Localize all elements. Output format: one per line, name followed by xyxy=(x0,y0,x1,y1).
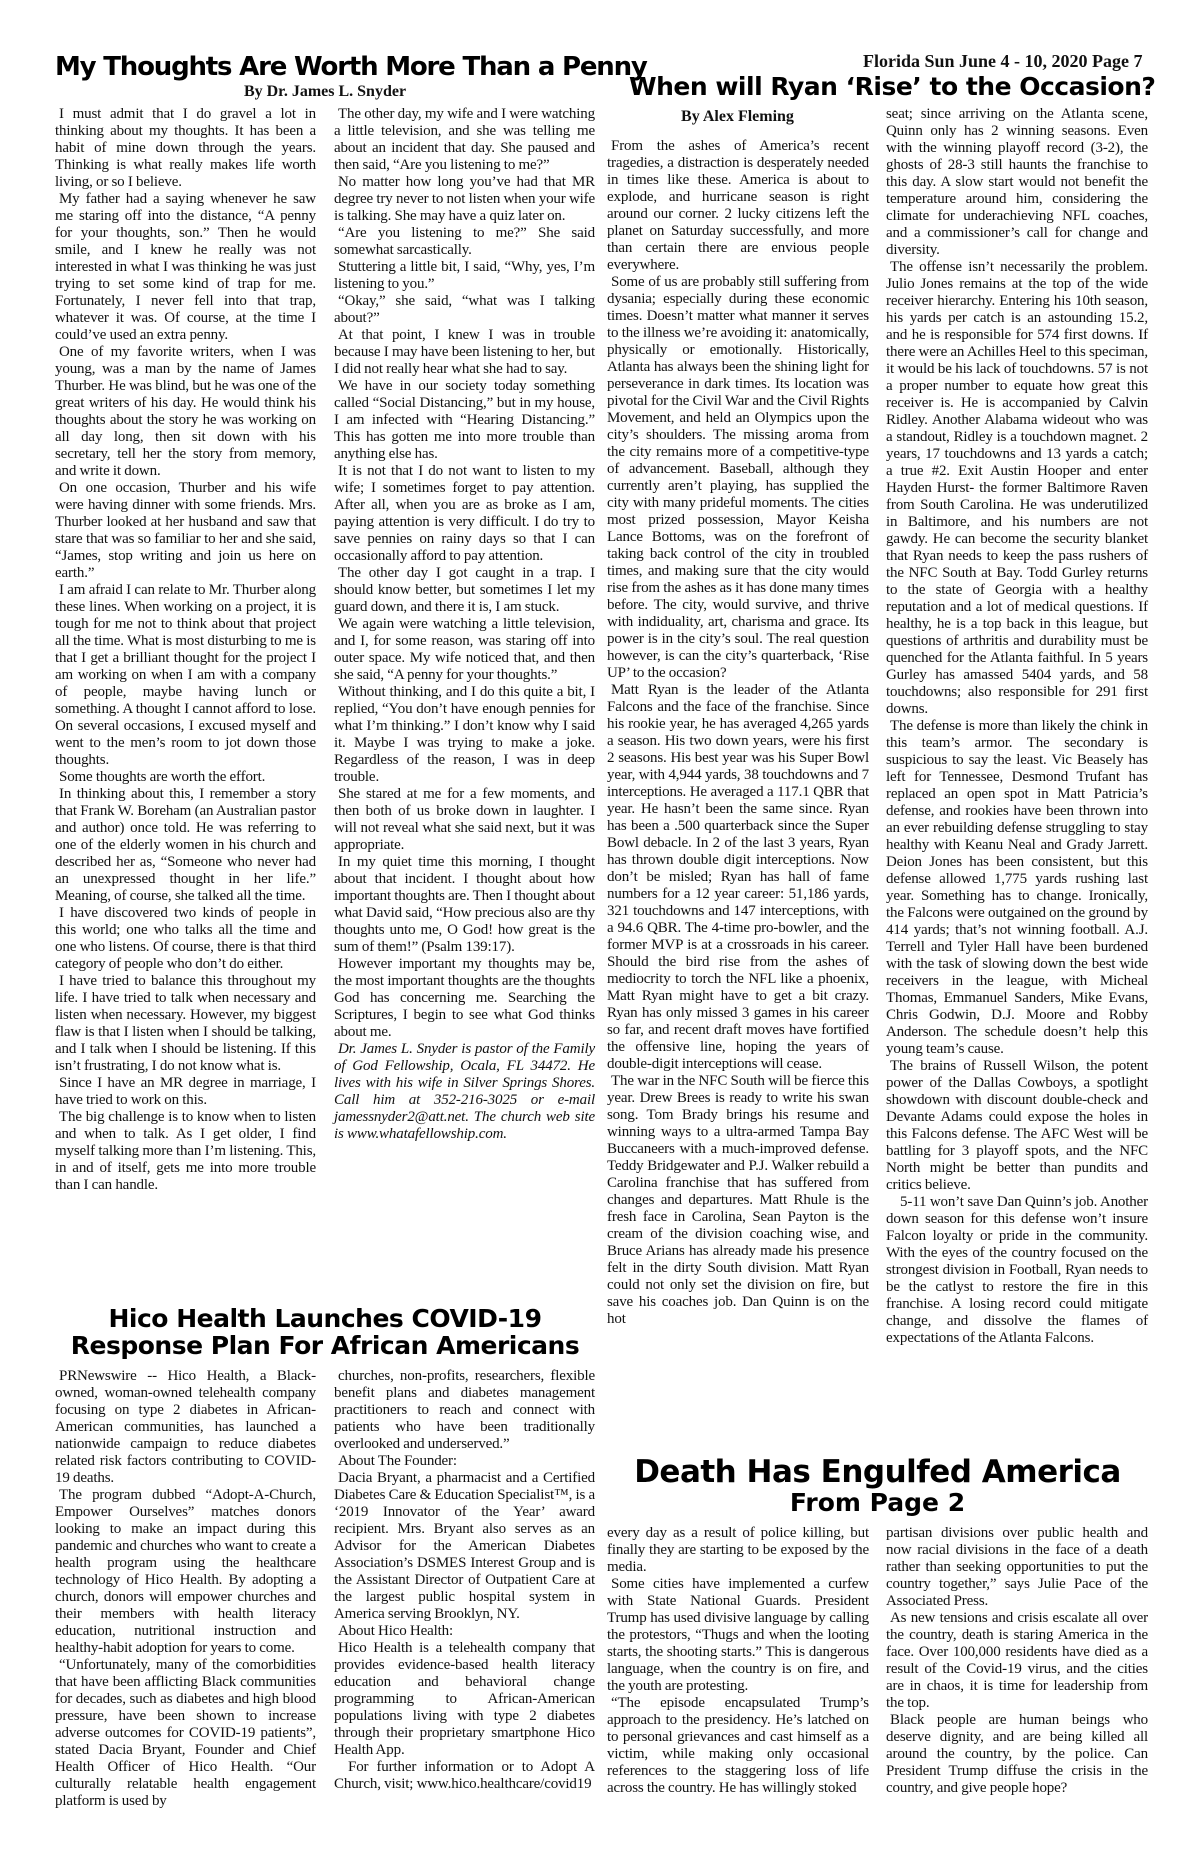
subhead-death: From Page 2 xyxy=(607,1488,1148,1518)
paragraph: For further information or to Adopt A Ch… xyxy=(334,1759,595,1793)
paragraph: However important my thoughts may be, th… xyxy=(334,956,595,1041)
paragraph: I am afraid I can relate to Mr. Thurber … xyxy=(55,582,316,769)
paragraph: We have in our society today something c… xyxy=(334,378,595,463)
paragraph: every day as a result of police killing,… xyxy=(607,1525,869,1576)
headline-hico-line-2: Response Plan For African Americans xyxy=(55,1332,595,1359)
paragraph: Hico Health is a telehealth company that… xyxy=(334,1640,595,1759)
paragraph: No matter how long you’ve had that MR de… xyxy=(334,174,595,225)
paragraph: I have tried to balance this throughout … xyxy=(55,973,316,1075)
paragraph: The other day I got caught in a trap. I … xyxy=(334,565,595,616)
paragraph: The offense isn’t necessarily the proble… xyxy=(886,259,1148,718)
headline-thoughts: My Thoughts Are Worth More Than a Penny xyxy=(55,52,595,82)
paragraph: The program dubbed “Adopt-A-Church, Empo… xyxy=(55,1487,316,1657)
paragraph: One of my favorite writers, when I was y… xyxy=(55,344,316,480)
paragraph: “Okay,” she said, “what was I talking ab… xyxy=(334,293,595,327)
headline-ryan: When will Ryan ‘Rise’ to the Occasion? xyxy=(607,72,1148,101)
ryan-column-2: seat; since arriving on the Atlanta scen… xyxy=(886,106,1148,1347)
author-bio: Dr. James L. Snyder is pastor of the Fam… xyxy=(334,1041,595,1143)
paragraph: “Unfortunately, many of the comorbiditie… xyxy=(55,1657,316,1810)
paragraph: Stuttering a little bit, I said, “Why, y… xyxy=(334,259,595,293)
paragraph: From the ashes of America’s recent trage… xyxy=(607,138,869,274)
paragraph: Matt Ryan is the leader of the Atlanta F… xyxy=(607,682,869,1073)
headline-hico-line-1: Hico Health Launches COVID-19 xyxy=(55,1305,595,1332)
paragraph: My father had a saying whenever he saw m… xyxy=(55,191,316,344)
paragraph: The other day, my wife and I were watchi… xyxy=(334,106,595,174)
paragraph: The brains of Russell Wilson, the potent… xyxy=(886,1058,1148,1194)
paragraph: “The episode encapsulated Trump’s approa… xyxy=(607,1695,869,1797)
paragraph: Without thinking, and I do this quite a … xyxy=(334,684,595,786)
paragraph: I must admit that I do gravel a lot in t… xyxy=(55,106,316,191)
page-header: Florida Sun June 4 - 10, 2020 Page 7 xyxy=(863,51,1143,72)
paragraph: In thinking about this, I remember a sto… xyxy=(55,786,316,905)
paragraph: The war in the NFC South will be fierce … xyxy=(607,1073,869,1328)
headline-death: Death Has Engulfed America xyxy=(607,1455,1148,1489)
paragraph: Dacia Bryant, a pharmacist and a Certifi… xyxy=(334,1470,595,1623)
paragraph: At that point, I knew I was in trouble b… xyxy=(334,327,595,378)
paragraph: Some of us are probably still suffering … xyxy=(607,274,869,682)
paragraph: On one occasion, Thurber and his wife we… xyxy=(55,480,316,582)
paragraph: 5-11 won’t save Dan Quinn’s job. Another… xyxy=(886,1194,1148,1347)
paragraph: seat; since arriving on the Atlanta scen… xyxy=(886,106,1148,259)
hico-column-1: PRNewswire -- Hico Health, a Black-owned… xyxy=(55,1368,316,1810)
paragraph: “Are you listening to me?” She said some… xyxy=(334,225,595,259)
paragraph: About The Founder: xyxy=(334,1453,595,1470)
paragraph: The big challenge is to know when to lis… xyxy=(55,1109,316,1194)
paragraph: We again were watching a little televisi… xyxy=(334,616,595,684)
paragraph: Some cities have implemented a curfew wi… xyxy=(607,1576,869,1695)
paragraph: partisan divisions over public health an… xyxy=(886,1525,1148,1610)
death-column-1: every day as a result of police killing,… xyxy=(607,1525,869,1797)
paragraph: Since I have an MR degree in marriage, I… xyxy=(55,1075,316,1109)
paragraph: Some thoughts are worth the effort. xyxy=(55,769,316,786)
ryan-column-1: From the ashes of America’s recent trage… xyxy=(607,138,869,1328)
hico-column-2: churches, non-profits, researchers, flex… xyxy=(334,1368,595,1793)
thoughts-column-2: The other day, my wife and I were watchi… xyxy=(334,106,595,1143)
paragraph: I have discovered two kinds of people in… xyxy=(55,905,316,973)
paragraph: It is not that I do not want to listen t… xyxy=(334,463,595,565)
paragraph: churches, non-profits, researchers, flex… xyxy=(334,1368,595,1453)
death-column-2: partisan divisions over public health an… xyxy=(886,1525,1148,1797)
thoughts-column-1: I must admit that I do gravel a lot in t… xyxy=(55,106,316,1194)
paragraph: The defense is more than likely the chin… xyxy=(886,718,1148,1058)
paragraph: As new tensions and crisis escalate all … xyxy=(886,1610,1148,1712)
byline-ryan: By Alex Fleming xyxy=(607,108,868,126)
paragraph: In my quiet time this morning, I thought… xyxy=(334,854,595,956)
paragraph: About Hico Health: xyxy=(334,1623,595,1640)
byline-thoughts: By Dr. James L. Snyder xyxy=(55,83,595,101)
paragraph: Black people are human beings who deserv… xyxy=(886,1712,1148,1797)
paragraph: PRNewswire -- Hico Health, a Black-owned… xyxy=(55,1368,316,1487)
paragraph: She stared at me for a few moments, and … xyxy=(334,786,595,854)
